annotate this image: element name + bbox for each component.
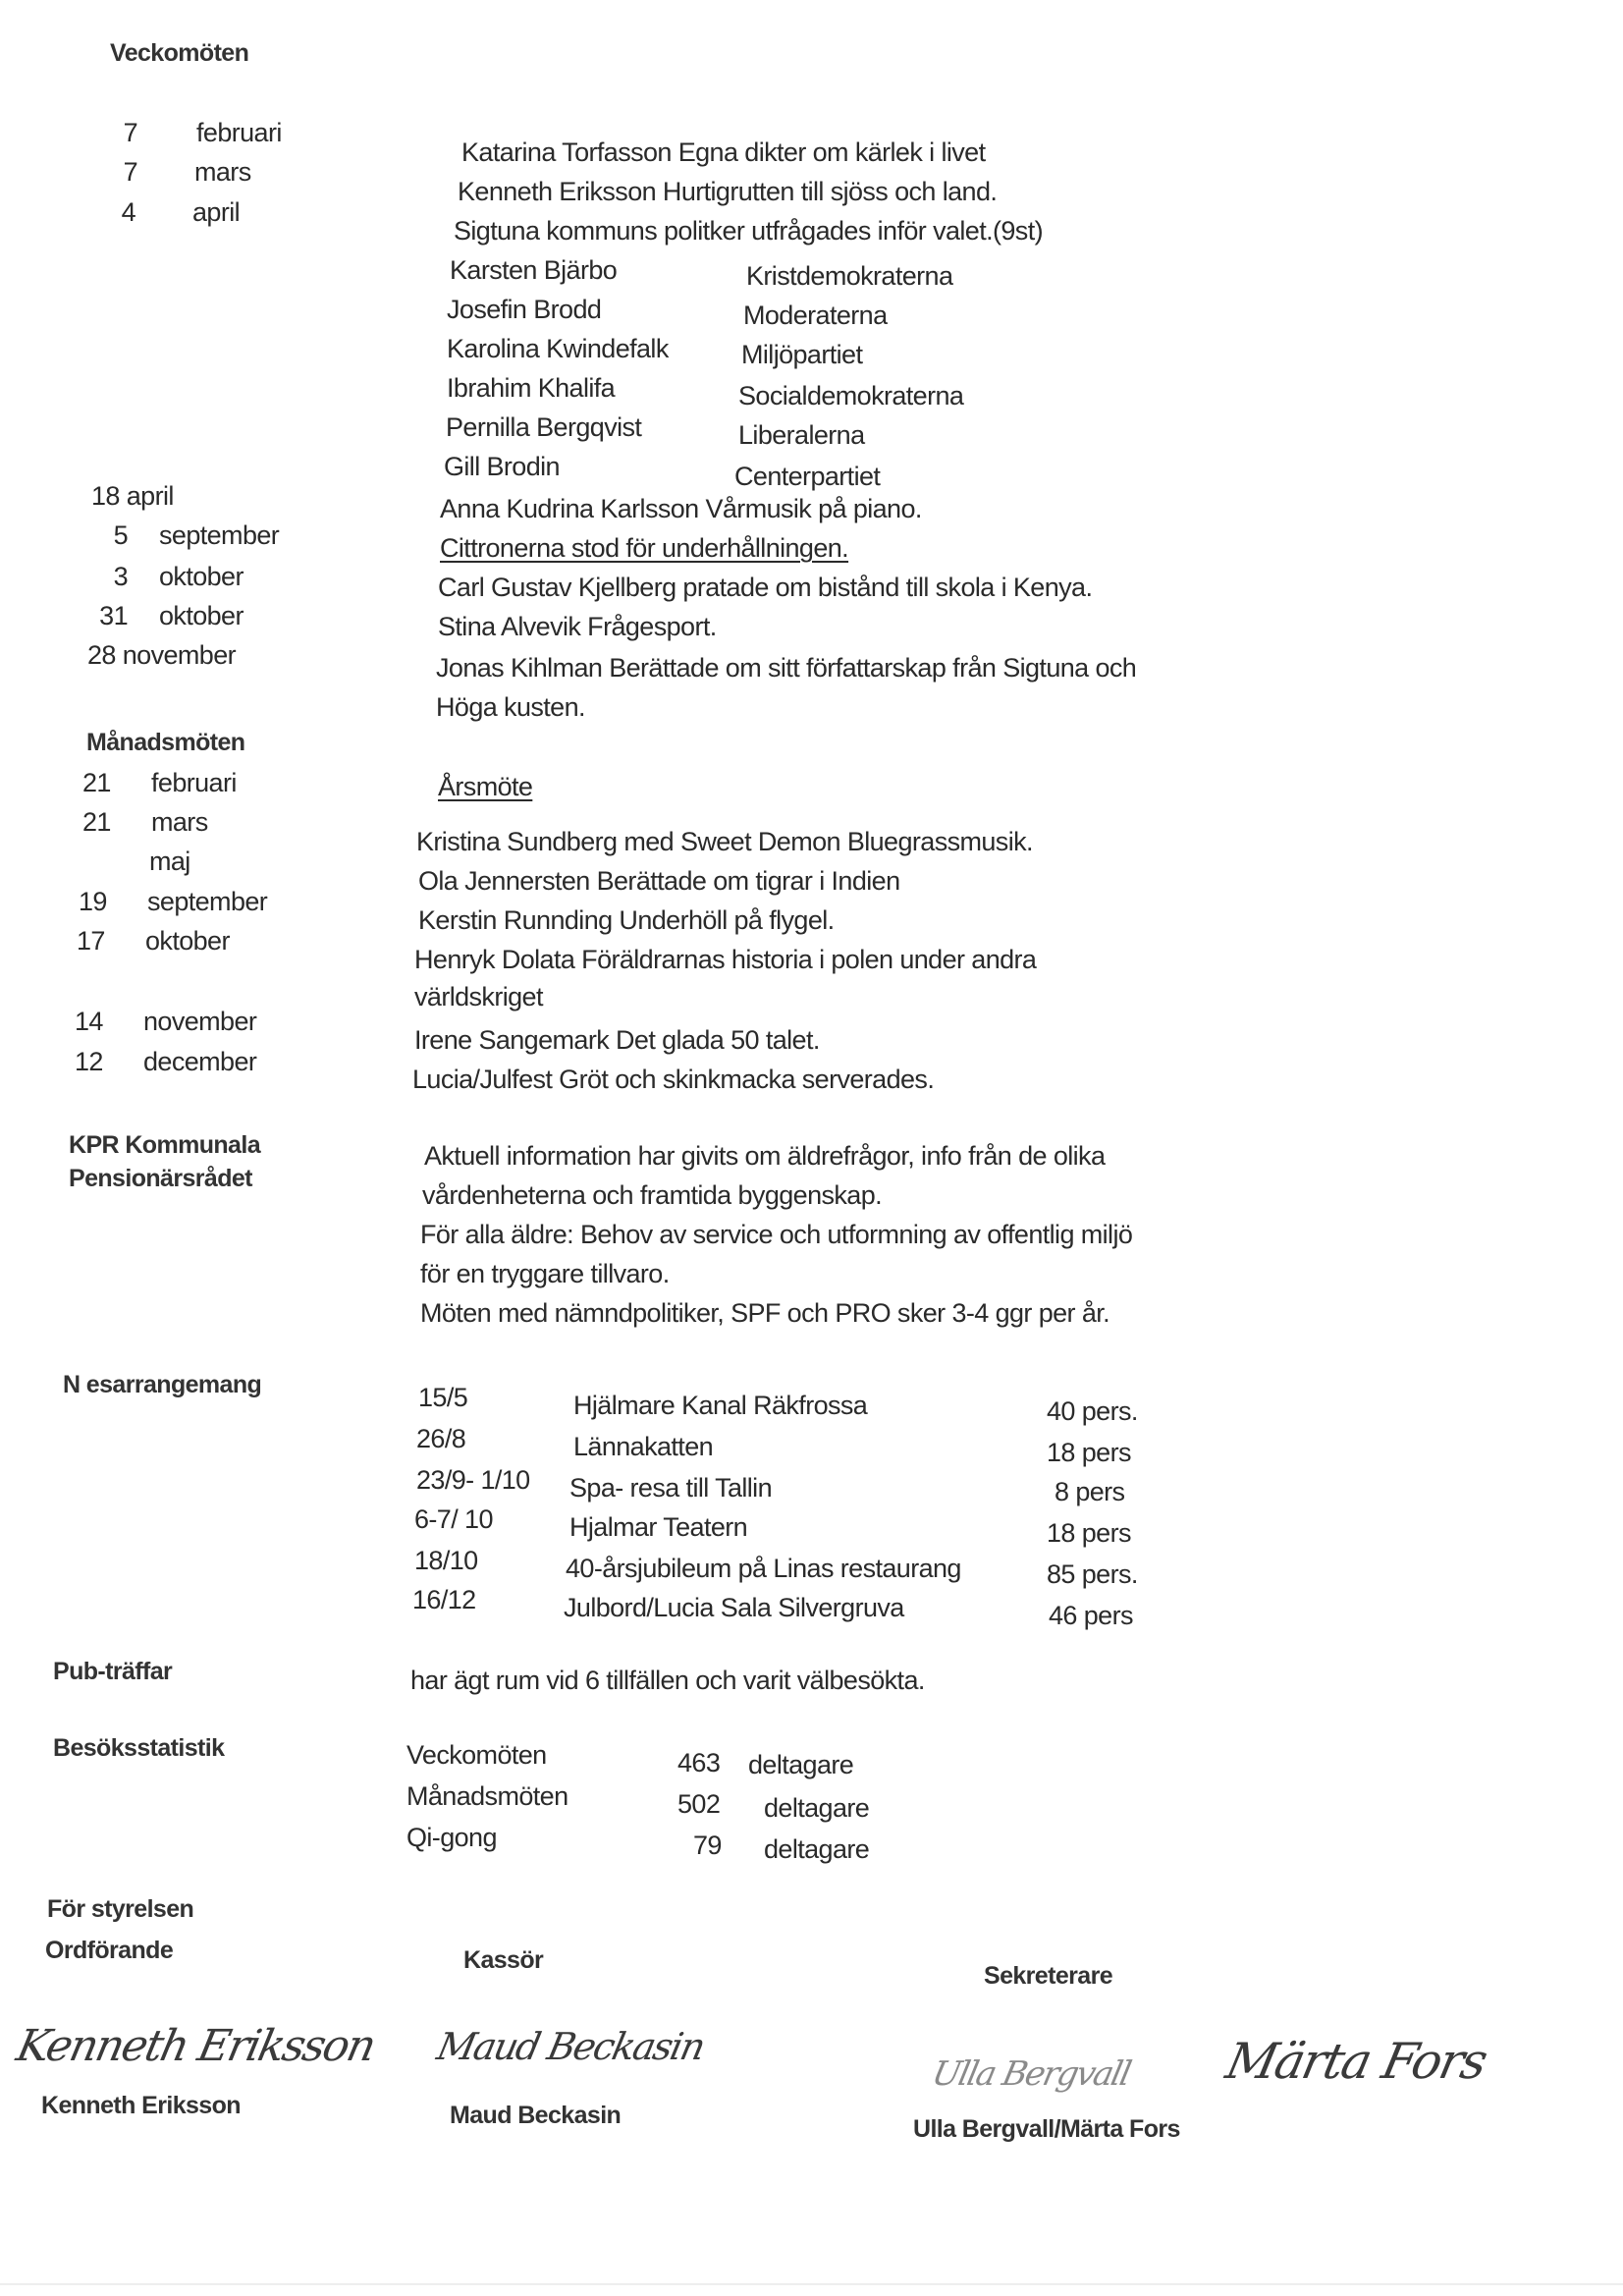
section-heading-statistik: Besöksstatistik bbox=[53, 1734, 224, 1763]
event-count: 46 pers bbox=[1049, 1601, 1133, 1631]
event-date: 23/9- 1/10 bbox=[416, 1465, 530, 1496]
date-row: 7mars bbox=[98, 157, 137, 188]
date-row: 14november bbox=[75, 1007, 103, 1037]
section-heading-veckomoten: Veckomöten bbox=[110, 39, 248, 68]
entry: Anna Kudrina Karlsson Vårmusik på piano. bbox=[440, 494, 922, 524]
date-row: 17oktober bbox=[77, 926, 105, 957]
signature-sekreterare-2: Märta Fors bbox=[1221, 2033, 1491, 2090]
politician-party: Kristdemokraterna bbox=[746, 261, 952, 292]
stat-label: Månadsmöten bbox=[406, 1781, 568, 1812]
section-heading-nojesarrangemang: N esarrangemang bbox=[63, 1371, 261, 1399]
event-date: 16/12 bbox=[412, 1585, 476, 1615]
event-count: 85 pers. bbox=[1047, 1559, 1138, 1590]
signature-kassor: Maud Beckasin bbox=[433, 2025, 707, 2068]
politician-name: Ibrahim Khalifa bbox=[447, 373, 615, 404]
stat-value: 463 bbox=[677, 1748, 720, 1778]
kpr-line: vårdenheterna och framtida byggenskap. bbox=[422, 1180, 882, 1211]
entry: Carl Gustav Kjellberg pratade om bistånd… bbox=[438, 573, 1092, 603]
date-row: 7februari bbox=[98, 118, 137, 148]
name-sekreterare: Ulla Bergvall/Märta Fors bbox=[913, 2115, 1180, 2144]
politician-party: Moderaterna bbox=[743, 301, 888, 331]
signature-sekreterare-1: Ulla Bergvall bbox=[929, 2054, 1133, 2094]
date-row: 18 april bbox=[91, 481, 174, 512]
kpr-line: för en tryggare tillvaro. bbox=[420, 1259, 670, 1289]
date-row: 28 november bbox=[87, 640, 236, 671]
signature-ordforande: Kenneth Eriksson bbox=[13, 2021, 379, 2071]
stat-unit: deltagare bbox=[764, 1834, 869, 1865]
entry: Kenneth Eriksson Hurtigrutten till sjöss… bbox=[458, 177, 997, 207]
politician-party: Liberalerna bbox=[738, 420, 865, 451]
for-styrelsen: För styrelsen bbox=[47, 1895, 193, 1924]
event-name: Spa- resa till Tallin bbox=[569, 1473, 772, 1503]
date-row: 12december bbox=[75, 1047, 103, 1077]
section-heading-manadsmoten: Månadsmöten bbox=[86, 729, 244, 757]
entry: Lucia/Julfest Gröt och skinkmacka server… bbox=[412, 1065, 934, 1095]
page-edge bbox=[0, 2283, 1623, 2285]
politician-party: Miljöpartiet bbox=[741, 340, 862, 370]
politician-name: Karsten Bjärbo bbox=[450, 255, 617, 286]
stat-label: Qi-gong bbox=[406, 1823, 497, 1853]
date-row: 31oktober bbox=[88, 601, 128, 631]
kpr-line: För alla äldre: Behov av service och utf… bbox=[420, 1220, 1132, 1250]
date-row: 19september bbox=[79, 887, 107, 917]
event-name: Hjälmare Kanal Räkfrossa bbox=[573, 1391, 867, 1421]
entry: Sigtuna kommuns politker utfrågades infö… bbox=[454, 216, 1043, 246]
kpr-line: Aktuell information har givits om äldref… bbox=[424, 1141, 1105, 1172]
date-row: 4april bbox=[96, 197, 135, 228]
section-heading-kpr: KPR Kommunala bbox=[69, 1131, 260, 1160]
entry: Henryk Dolata Föräldrarnas historia i po… bbox=[414, 945, 1036, 975]
entry: Stina Alvevik Frågesport. bbox=[438, 612, 717, 642]
event-date: 18/10 bbox=[414, 1546, 478, 1576]
entry: Ola Jennersten Berättade om tigrar i Ind… bbox=[418, 866, 899, 897]
event-name: 40-årsjubileum på Linas restaurang bbox=[566, 1554, 961, 1584]
politician-name: Karolina Kwindefalk bbox=[447, 334, 669, 364]
politician-party: Socialdemokraterna bbox=[738, 381, 963, 411]
event-count: 40 pers. bbox=[1047, 1396, 1138, 1427]
stat-value: 79 bbox=[693, 1831, 722, 1861]
stat-unit: deltagare bbox=[764, 1793, 869, 1824]
arsmote-heading: Årsmöte bbox=[438, 772, 532, 802]
kpr-line: Möten med nämndpolitiker, SPF och PRO sk… bbox=[420, 1298, 1109, 1329]
section-heading-kpr-sub: Pensionärsrådet bbox=[69, 1165, 252, 1193]
event-name: Lännakatten bbox=[573, 1432, 713, 1462]
entry-underlined: Cittronerna stod för underhållningen. bbox=[440, 533, 848, 564]
entry: Jonas Kihlman Berättade om sitt författa… bbox=[436, 653, 1136, 683]
date-row: 21mars bbox=[82, 807, 111, 838]
politician-party: Centerpartiet bbox=[734, 462, 880, 492]
entry: Kerstin Runnding Underhöll på flygel. bbox=[418, 905, 835, 936]
politician-name: Josefin Brodd bbox=[447, 295, 601, 325]
role-sekreterare: Sekreterare bbox=[984, 1962, 1112, 1991]
section-heading-pub: Pub-träffar bbox=[53, 1658, 172, 1686]
event-date: 15/5 bbox=[418, 1383, 467, 1413]
name-ordforande: Kenneth Eriksson bbox=[41, 2092, 241, 2120]
event-date: 26/8 bbox=[416, 1424, 465, 1454]
stat-label: Veckomöten bbox=[406, 1740, 547, 1771]
stat-value: 502 bbox=[677, 1789, 720, 1820]
politician-name: Pernilla Bergqvist bbox=[446, 412, 641, 443]
pub-text: har ägt rum vid 6 tillfällen och varit v… bbox=[410, 1666, 925, 1696]
politician-name: Gill Brodin bbox=[444, 452, 560, 482]
entry: Kristina Sundberg med Sweet Demon Bluegr… bbox=[416, 827, 1033, 857]
date-row: 3oktober bbox=[88, 562, 128, 592]
role-kassor: Kassör bbox=[463, 1946, 543, 1975]
role-ordforande: Ordförande bbox=[45, 1937, 173, 1965]
entry: Höga kusten. bbox=[436, 692, 585, 723]
event-count: 8 pers bbox=[1055, 1477, 1124, 1507]
entry: Irene Sangemark Det glada 50 talet. bbox=[414, 1025, 820, 1056]
event-count: 18 pers bbox=[1047, 1438, 1131, 1468]
entry: Katarina Torfasson Egna dikter om kärlek… bbox=[461, 137, 985, 168]
stat-unit: deltagare bbox=[748, 1750, 853, 1780]
entry: världskriget bbox=[414, 982, 543, 1012]
date-row: 5september bbox=[88, 520, 128, 551]
event-date: 6-7/ 10 bbox=[414, 1504, 493, 1535]
event-count: 18 pers bbox=[1047, 1518, 1131, 1549]
event-name: Hjalmar Teatern bbox=[569, 1512, 747, 1543]
name-kassor: Maud Beckasin bbox=[450, 2102, 621, 2130]
event-name: Julbord/Lucia Sala Silvergruva bbox=[564, 1593, 904, 1623]
date-row: 21februari bbox=[82, 768, 111, 798]
